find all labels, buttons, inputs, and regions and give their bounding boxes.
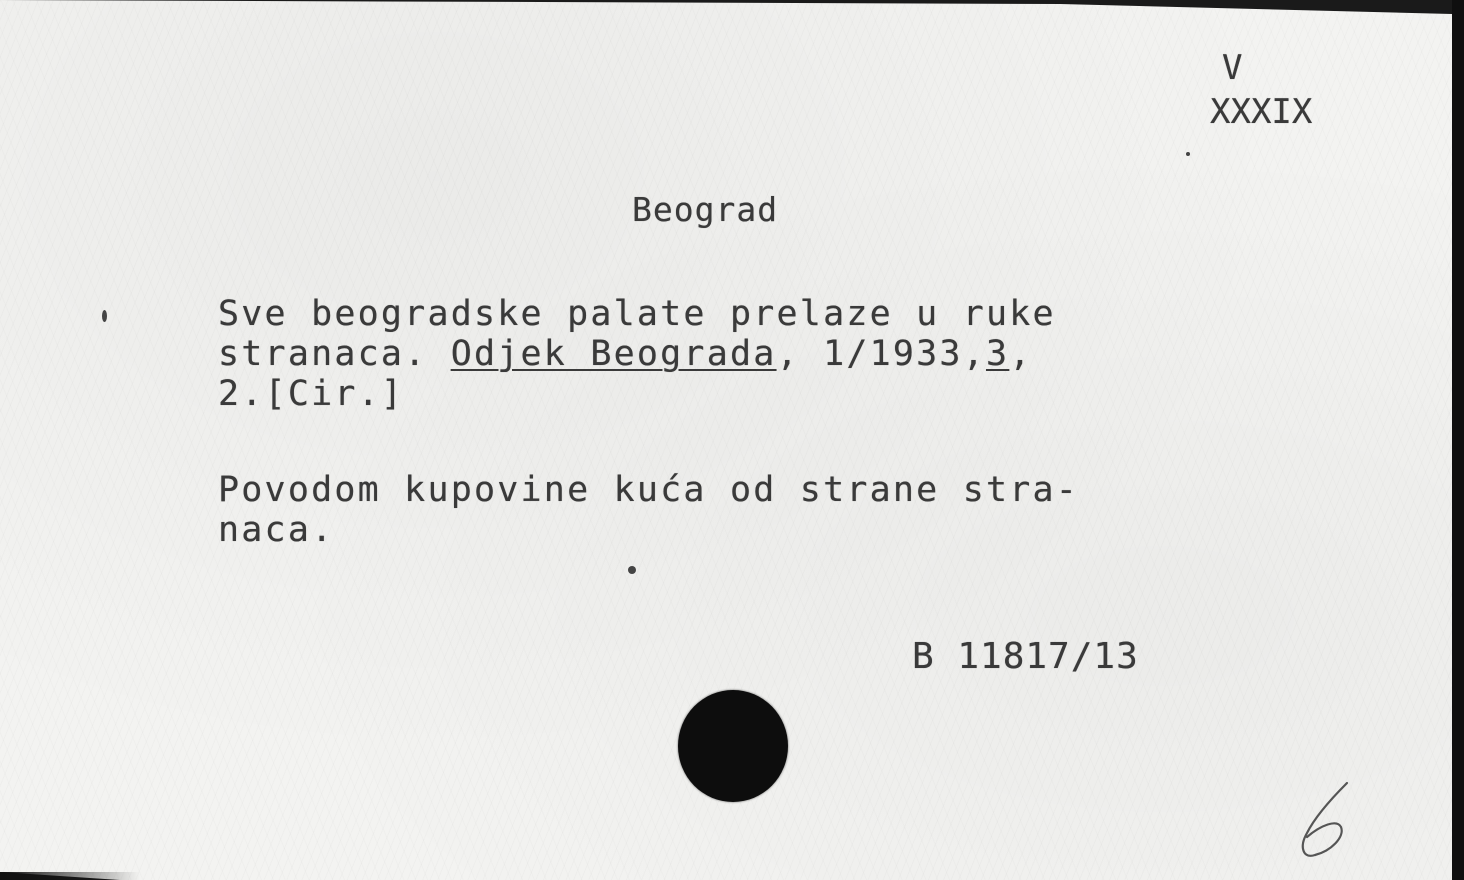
ink-speck [1186,152,1190,156]
bibliographic-entry: Sve beogradske palate prelaze u ruke str… [218,294,1056,414]
source-date: , 1/1933, [777,334,986,374]
scanner-shadow [0,872,140,880]
ink-speck [102,310,107,322]
entry-punct: , [1009,334,1032,374]
scanner-border [1452,0,1464,880]
punch-hole [678,690,788,802]
card-heading: Beograd [632,190,778,229]
class-mark-subsection: XXXIX [1210,92,1312,132]
page-script-note: 2.[Cir.] [218,374,404,414]
ink-speck [628,566,636,574]
note-line2: naca. [218,510,334,550]
entry-title-line2: stranaca. [218,334,451,374]
class-mark-section: V [1222,48,1243,88]
catalog-card: V XXXIX Beograd Sve beogradske palate pr… [0,0,1452,880]
note-line1: Povodom kupovine kuća od strane stra- [218,470,1079,510]
source-title: Odjek Beograda [451,334,777,374]
subject-note: Povodom kupovine kuća od strane stra- na… [218,470,1079,550]
issue-number: 3 [986,334,1009,374]
call-number: B 11817/13 [912,636,1139,677]
handwritten-number-mark [1285,775,1365,865]
entry-title-line1: Sve beogradske palate prelaze u ruke [218,294,1056,334]
scanned-catalog-card: V XXXIX Beograd Sve beogradske palate pr… [0,0,1464,880]
